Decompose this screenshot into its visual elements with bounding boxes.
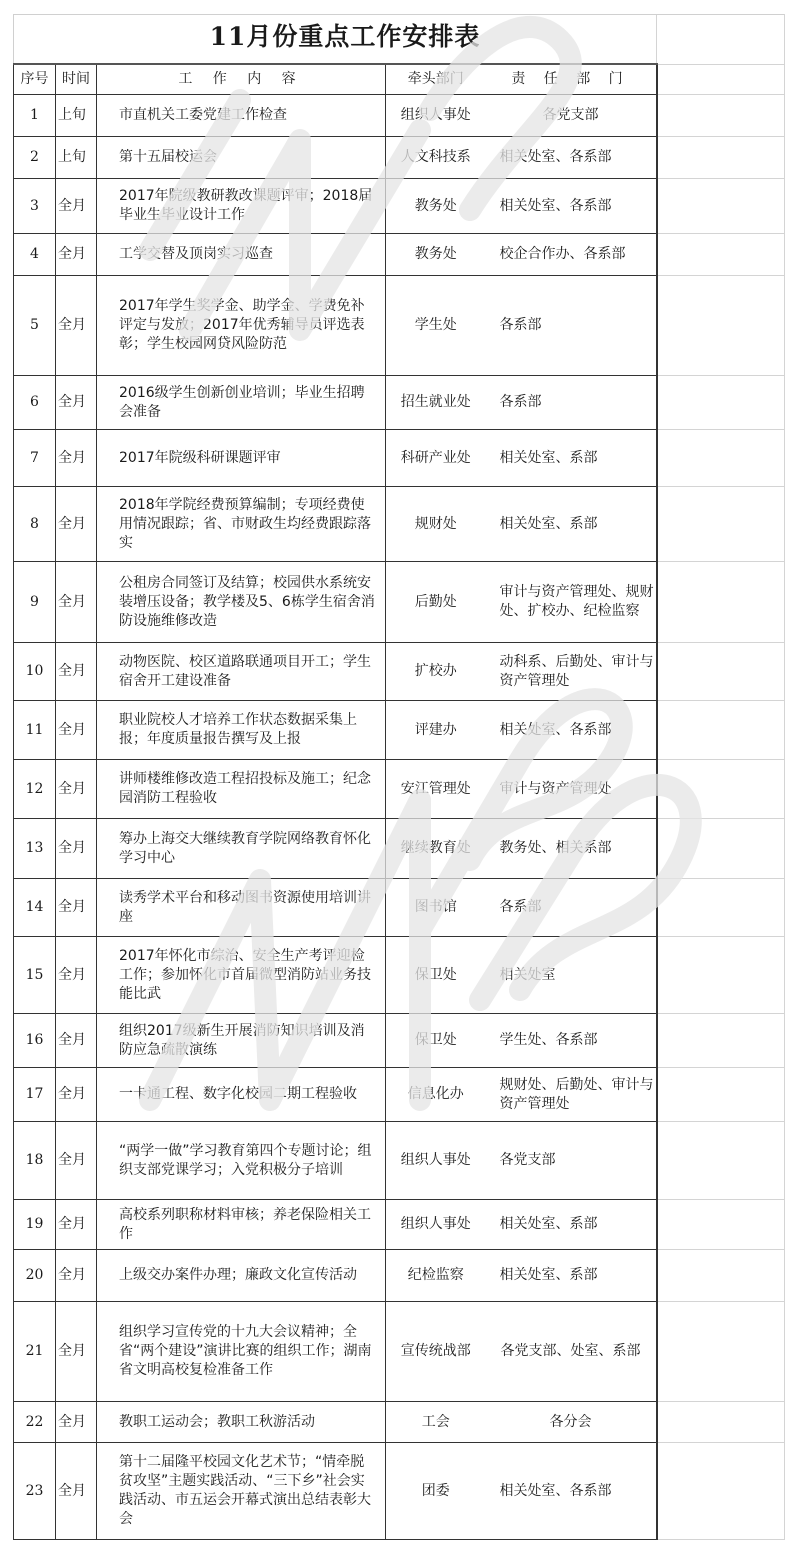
header-content[interactable]: 工 作 内 容 (97, 64, 386, 95)
cell-lead-dept[interactable]: 组织人事处 (386, 1200, 486, 1250)
cell-content[interactable]: 工学交替及顶岗实习巡查 (97, 234, 386, 276)
cell-responsible-dept[interactable]: 各系部 (486, 276, 657, 376)
table-row: 17全月一卡通工程、数字化校园二期工程验收信息化办规财处、后勤处、审计与资产管理… (14, 1068, 785, 1122)
table-row: 11全月职业院校人才培养工作状态数据采集上报；年度质量报告撰写及上报评建办相关处… (14, 701, 785, 760)
cell-time[interactable]: 全月 (56, 1443, 97, 1540)
cell-time[interactable]: 全月 (56, 234, 97, 276)
cell-content[interactable]: 一卡通工程、数字化校园二期工程验收 (97, 1068, 386, 1122)
cell-responsible-dept[interactable]: 各党支部 (486, 1122, 657, 1200)
cell-time[interactable]: 全月 (56, 819, 97, 879)
cell-lead-dept[interactable]: 组织人事处 (386, 1122, 486, 1200)
cell-lead-dept[interactable]: 人文科技系 (386, 137, 486, 179)
empty-cell[interactable] (657, 276, 785, 376)
cell-lead-dept[interactable]: 扩校办 (386, 643, 486, 701)
cell-lead-dept[interactable]: 工会 (386, 1402, 486, 1443)
cell-responsible-dept[interactable]: 相关处室、各系部 (486, 701, 657, 760)
table-row: 1上旬市直机关工委党建工作检查组织人事处各党支部 (14, 95, 785, 137)
cell-lead-dept[interactable]: 继续教育处 (386, 819, 486, 879)
cell-time[interactable]: 全月 (56, 879, 97, 937)
header-responsible-dept[interactable]: 责 任 部 门 (486, 64, 657, 95)
cell-time[interactable]: 全月 (56, 1068, 97, 1122)
cell-responsible-dept[interactable]: 各系部 (486, 376, 657, 430)
table-row: 12全月讲师楼维修改造工程招投标及施工；纪念园消防工程验收安江管理处审计与资产管… (14, 760, 785, 819)
cell-index[interactable]: 10 (14, 643, 56, 701)
cell-index[interactable]: 21 (14, 1302, 56, 1402)
cell-responsible-dept[interactable]: 各党支部、处室、系部 (486, 1302, 657, 1402)
page-title: 11月份重点工作安排表 (210, 22, 481, 51)
cell-lead-dept[interactable]: 后勤处 (386, 562, 486, 643)
cell-lead-dept[interactable]: 图书馆 (386, 879, 486, 937)
cell-content[interactable]: 2017年学生奖学金、助学金、学费免补评定与发放；2017年优秀辅导员评选表彰；… (97, 276, 386, 376)
cell-index[interactable]: 2 (14, 137, 56, 179)
cell-responsible-dept[interactable]: 相关处室、系部 (486, 1250, 657, 1302)
empty-cell[interactable] (657, 1068, 785, 1122)
cell-content[interactable]: 筹办上海交大继续教育学院网络教育怀化学习中心 (97, 819, 386, 879)
cell-content[interactable]: 2018年学院经费预算编制；专项经费使用情况跟踪；省、市财政生均经费跟踪落实 (97, 487, 386, 562)
cell-index[interactable]: 3 (14, 179, 56, 234)
empty-cell[interactable] (657, 1250, 785, 1302)
cell-responsible-dept[interactable]: 规财处、后勤处、审计与资产管理处 (486, 1068, 657, 1122)
cell-index[interactable]: 9 (14, 562, 56, 643)
cell-time[interactable]: 全月 (56, 1302, 97, 1402)
cell-lead-dept[interactable]: 宣传统战部 (386, 1302, 486, 1402)
cell-lead-dept[interactable]: 科研产业处 (386, 430, 486, 487)
cell-responsible-dept[interactable]: 相关处室、各系部 (486, 137, 657, 179)
empty-cell[interactable] (657, 1302, 785, 1402)
cell-responsible-dept[interactable]: 相关处室 (486, 937, 657, 1014)
empty-cell[interactable] (657, 1014, 785, 1068)
cell-time[interactable]: 全月 (56, 1250, 97, 1302)
table-row: 22全月教职工运动会；教职工秋游活动工会各分会 (14, 1402, 785, 1443)
table-row: 6全月2016级学生创新创业培训；毕业生招聘会准备招生就业处各系部 (14, 376, 785, 430)
empty-cell[interactable] (657, 137, 785, 179)
cell-lead-dept[interactable]: 教务处 (386, 179, 486, 234)
cell-lead-dept[interactable]: 保卫处 (386, 937, 486, 1014)
cell-responsible-dept[interactable]: 学生处、各系部 (486, 1014, 657, 1068)
table-row: 16全月组织2017级新生开展消防知识培训及消防应急疏散演练保卫处学生处、各系部 (14, 1014, 785, 1068)
table-row: 10全月动物医院、校区道路联通项目开工；学生宿舍开工建设准备扩校办动科系、后勤处… (14, 643, 785, 701)
cell-content[interactable]: 教职工运动会；教职工秋游活动 (97, 1402, 386, 1443)
cell-time[interactable]: 全月 (56, 179, 97, 234)
empty-cell[interactable] (657, 64, 785, 95)
empty-cell[interactable] (657, 179, 785, 234)
table-row: 23全月第十二届隆平校园文化艺术节；“情牵脱贫攻坚”主题实践活动、“三下乡”社会… (14, 1443, 785, 1540)
cell-time[interactable]: 全月 (56, 376, 97, 430)
cell-index[interactable]: 19 (14, 1200, 56, 1250)
cell-lead-dept[interactable]: 评建办 (386, 701, 486, 760)
cell-time[interactable]: 全月 (56, 487, 97, 562)
empty-cell[interactable] (657, 376, 785, 430)
table-row: 9全月公租房合同签订及结算；校园供水系统安装增压设备；教学楼及5、6栋学生宿舍消… (14, 562, 785, 643)
empty-cell[interactable] (657, 234, 785, 276)
cell-responsible-dept[interactable]: 相关处室、各系部 (486, 1443, 657, 1540)
cell-content[interactable]: 2017年院级教研教改课题评审；2018届毕业生毕业设计工作 (97, 179, 386, 234)
cell-content[interactable]: 讲师楼维修改造工程招投标及施工；纪念园消防工程验收 (97, 760, 386, 819)
empty-cell[interactable] (657, 430, 785, 487)
cell-time[interactable]: 上旬 (56, 95, 97, 137)
cell-responsible-dept[interactable]: 相关处室、系部 (486, 487, 657, 562)
cell-content[interactable]: 高校系列职称材料审核；养老保险相关工作 (97, 1200, 386, 1250)
empty-cell[interactable] (657, 937, 785, 1014)
table-row: 20全月上级交办案件办理；廉政文化宣传活动纪检监察相关处室、系部 (14, 1250, 785, 1302)
cell-lead-dept[interactable]: 组织人事处 (386, 95, 486, 137)
cell-lead-dept[interactable]: 规财处 (386, 487, 486, 562)
empty-cell[interactable] (657, 15, 785, 65)
cell-index[interactable]: 13 (14, 819, 56, 879)
cell-time[interactable]: 全月 (56, 1200, 97, 1250)
cell-lead-dept[interactable]: 学生处 (386, 276, 486, 376)
cell-responsible-dept[interactable]: 相关处室、系部 (486, 1200, 657, 1250)
cell-content[interactable]: 职业院校人才培养工作状态数据采集上报；年度质量报告撰写及上报 (97, 701, 386, 760)
cell-lead-dept[interactable]: 安江管理处 (386, 760, 486, 819)
cell-responsible-dept[interactable]: 校企合作办、各系部 (486, 234, 657, 276)
header-index[interactable]: 序号 (14, 64, 56, 95)
table-row: 19全月高校系列职称材料审核；养老保险相关工作组织人事处相关处室、系部 (14, 1200, 785, 1250)
cell-index[interactable]: 17 (14, 1068, 56, 1122)
spreadsheet: 11月份重点工作安排表 序号 时间 工 作 内 容 牵头部门 责 任 部 门 1… (13, 14, 785, 1540)
empty-cell[interactable] (657, 643, 785, 701)
cell-lead-dept[interactable]: 信息化办 (386, 1068, 486, 1122)
table-row: 15全月2017年怀化市综治、安全生产考评迎检工作；参加怀化市首届微型消防站业务… (14, 937, 785, 1014)
cell-content[interactable]: 2017年院级科研课题评审 (97, 430, 386, 487)
empty-cell[interactable] (657, 879, 785, 937)
cell-content[interactable]: 读秀学术平台和移动图书资源使用培训讲座 (97, 879, 386, 937)
table-row: 4全月工学交替及顶岗实习巡查教务处校企合作办、各系部 (14, 234, 785, 276)
cell-time[interactable]: 全月 (56, 1122, 97, 1200)
cell-time[interactable]: 全月 (56, 276, 97, 376)
cell-content[interactable]: 2017年怀化市综治、安全生产考评迎检工作；参加怀化市首届微型消防站业务技能比武 (97, 937, 386, 1014)
table-row: 5全月2017年学生奖学金、助学金、学费免补评定与发放；2017年优秀辅导员评选… (14, 276, 785, 376)
cell-content[interactable]: 第十二届隆平校园文化艺术节；“情牵脱贫攻坚”主题实践活动、“三下乡”社会实践活动… (97, 1443, 386, 1540)
header-lead-dept[interactable]: 牵头部门 (386, 64, 486, 95)
table-row: 7全月2017年院级科研课题评审科研产业处相关处室、系部 (14, 430, 785, 487)
table-row: 13全月筹办上海交大继续教育学院网络教育怀化学习中心继续教育处教务处、相关系部 (14, 819, 785, 879)
cell-time[interactable]: 全月 (56, 1014, 97, 1068)
empty-cell[interactable] (657, 1200, 785, 1250)
empty-cell[interactable] (657, 760, 785, 819)
cell-responsible-dept[interactable]: 相关处室、系部 (486, 430, 657, 487)
table-row: 3全月2017年院级教研教改课题评审；2018届毕业生毕业设计工作教务处相关处室… (14, 179, 785, 234)
cell-time[interactable]: 全月 (56, 643, 97, 701)
title-cell[interactable]: 11月份重点工作安排表 (14, 15, 657, 65)
cell-content[interactable]: 组织2017级新生开展消防知识培训及消防应急疏散演练 (97, 1014, 386, 1068)
cell-time[interactable]: 全月 (56, 430, 97, 487)
cell-responsible-dept[interactable]: 审计与资产管理处 (486, 760, 657, 819)
cell-lead-dept[interactable]: 教务处 (386, 234, 486, 276)
cell-index[interactable]: 4 (14, 234, 56, 276)
cell-index[interactable]: 1 (14, 95, 56, 137)
table-row: 14全月读秀学术平台和移动图书资源使用培训讲座图书馆各系部 (14, 879, 785, 937)
empty-cell[interactable] (657, 487, 785, 562)
cell-time[interactable]: 全月 (56, 937, 97, 1014)
cell-index[interactable]: 16 (14, 1014, 56, 1068)
table-row: 21全月组织学习宣传党的十九大会议精神；全省“两个建设”演讲比赛的组织工作；湖南… (14, 1302, 785, 1402)
cell-index[interactable]: 11 (14, 701, 56, 760)
cell-index[interactable]: 12 (14, 760, 56, 819)
cell-lead-dept[interactable]: 纪检监察 (386, 1250, 486, 1302)
cell-index[interactable]: 20 (14, 1250, 56, 1302)
table-row: 8全月2018年学院经费预算编制；专项经费使用情况跟踪；省、市财政生均经费跟踪落… (14, 487, 785, 562)
cell-index[interactable]: 14 (14, 879, 56, 937)
cell-index[interactable]: 23 (14, 1443, 56, 1540)
cell-content[interactable]: 公租房合同签订及结算；校园供水系统安装增压设备；教学楼及5、6栋学生宿舍消防设施… (97, 562, 386, 643)
cell-lead-dept[interactable]: 团委 (386, 1443, 486, 1540)
table-body: 1上旬市直机关工委党建工作检查组织人事处各党支部2上旬第十五届校运会人文科技系相… (14, 95, 785, 1540)
cell-time[interactable]: 全月 (56, 562, 97, 643)
cell-content[interactable]: 上级交办案件办理；廉政文化宣传活动 (97, 1250, 386, 1302)
empty-cell[interactable] (657, 701, 785, 760)
cell-content[interactable]: 市直机关工委党建工作检查 (97, 95, 386, 137)
header-row: 序号 时间 工 作 内 容 牵头部门 责 任 部 门 (14, 64, 785, 95)
table-row: 2上旬第十五届校运会人文科技系相关处室、各系部 (14, 137, 785, 179)
cell-lead-dept[interactable]: 保卫处 (386, 1014, 486, 1068)
title-row: 11月份重点工作安排表 (14, 15, 785, 65)
cell-responsible-dept[interactable]: 教务处、相关系部 (486, 819, 657, 879)
cell-index[interactable]: 6 (14, 376, 56, 430)
cell-content[interactable]: 动物医院、校区道路联通项目开工；学生宿舍开工建设准备 (97, 643, 386, 701)
cell-content[interactable]: 组织学习宣传党的十九大会议精神；全省“两个建设”演讲比赛的组织工作；湖南省文明高… (97, 1302, 386, 1402)
empty-cell[interactable] (657, 562, 785, 643)
cell-time[interactable]: 上旬 (56, 137, 97, 179)
table-row: 18全月“两学一做”学习教育第四个专题讨论；组织支部党课学习；入党积极分子培训组… (14, 1122, 785, 1200)
cell-index[interactable]: 5 (14, 276, 56, 376)
cell-time[interactable]: 全月 (56, 701, 97, 760)
empty-cell[interactable] (657, 1443, 785, 1540)
cell-responsible-dept[interactable]: 各党支部 (486, 95, 657, 137)
cell-content[interactable]: 第十五届校运会 (97, 137, 386, 179)
cell-responsible-dept[interactable]: 各分会 (486, 1402, 657, 1443)
header-time[interactable]: 时间 (56, 64, 97, 95)
cell-index[interactable]: 8 (14, 487, 56, 562)
cell-time[interactable]: 全月 (56, 760, 97, 819)
empty-cell[interactable] (657, 1402, 785, 1443)
cell-content[interactable]: “两学一做”学习教育第四个专题讨论；组织支部党课学习；入党积极分子培训 (97, 1122, 386, 1200)
empty-cell[interactable] (657, 1122, 785, 1200)
cell-responsible-dept[interactable]: 相关处室、各系部 (486, 179, 657, 234)
cell-index[interactable]: 15 (14, 937, 56, 1014)
empty-cell[interactable] (657, 819, 785, 879)
work-schedule-table: 11月份重点工作安排表 序号 时间 工 作 内 容 牵头部门 责 任 部 门 1… (13, 14, 785, 1540)
cell-index[interactable]: 7 (14, 430, 56, 487)
cell-lead-dept[interactable]: 招生就业处 (386, 376, 486, 430)
empty-cell[interactable] (657, 95, 785, 137)
cell-content[interactable]: 2016级学生创新创业培训；毕业生招聘会准备 (97, 376, 386, 430)
cell-time[interactable]: 全月 (56, 1402, 97, 1443)
cell-index[interactable]: 18 (14, 1122, 56, 1200)
cell-responsible-dept[interactable]: 动科系、后勤处、审计与资产管理处 (486, 643, 657, 701)
cell-responsible-dept[interactable]: 审计与资产管理处、规财处、扩校办、纪检监察 (486, 562, 657, 643)
cell-index[interactable]: 22 (14, 1402, 56, 1443)
cell-responsible-dept[interactable]: 各系部 (486, 879, 657, 937)
